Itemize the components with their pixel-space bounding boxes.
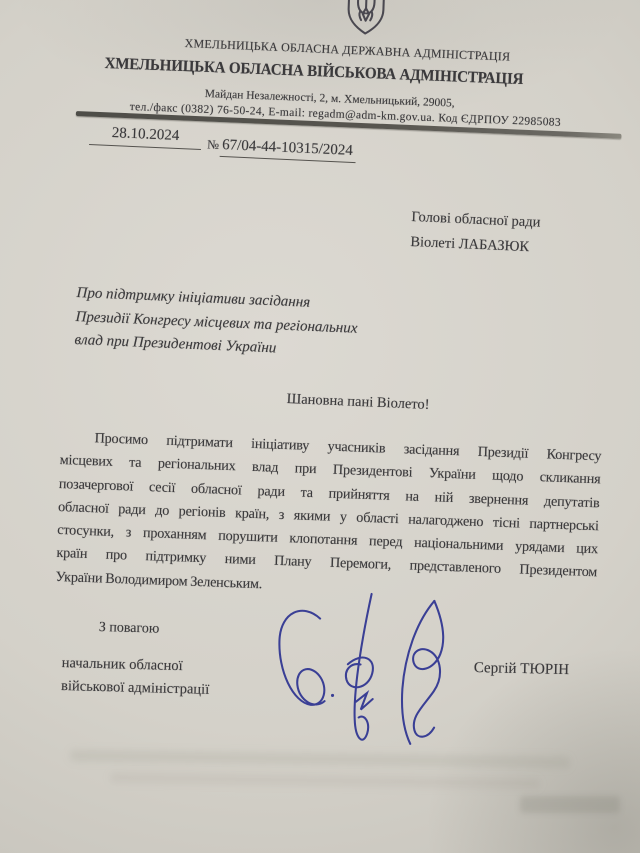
body-paragraph: Просимо підтримати ініціативу учасників … <box>55 426 601 608</box>
bleed-through-smudge <box>70 750 570 769</box>
addressee-name: Віолеті ЛАБАЗЮК <box>410 230 540 261</box>
letter-date: 28.10.2024 <box>89 124 202 150</box>
letter-number: 67/04-44-10315/2024 <box>220 137 357 163</box>
signer-name: Сергій ТЮРІН <box>474 660 570 679</box>
addressee-block: Голові обласної ради Віолеті ЛАБАЗЮК <box>410 205 541 261</box>
bleed-through-smudge <box>520 796 620 813</box>
regards: З повагою <box>99 620 160 638</box>
handwritten-signature <box>253 588 456 753</box>
number-sign: № <box>207 137 220 152</box>
signer-position-line-2: військової адміністрації <box>61 674 210 700</box>
salutation: Шановна пані Віолето! <box>286 391 430 414</box>
letter-photo: ХМЕЛЬНИЦЬКА ОБЛАСНА ДЕРЖАВНА АДМІНІСТРАЦ… <box>0 0 640 853</box>
signer-position: начальник обласної військової адміністра… <box>61 652 210 701</box>
bleed-through-smudge <box>110 772 540 789</box>
signer-position-line-1: начальник обласної <box>61 652 210 678</box>
letter-number-wrap: №67/04-44-10315/2024 <box>207 136 357 163</box>
reference-line: 28.10.2024 №67/04-44-10315/2024 <box>89 124 356 157</box>
subject-block: Про підтримку ініціативи засідання Прези… <box>74 282 359 364</box>
ukraine-trident-icon <box>342 0 390 37</box>
